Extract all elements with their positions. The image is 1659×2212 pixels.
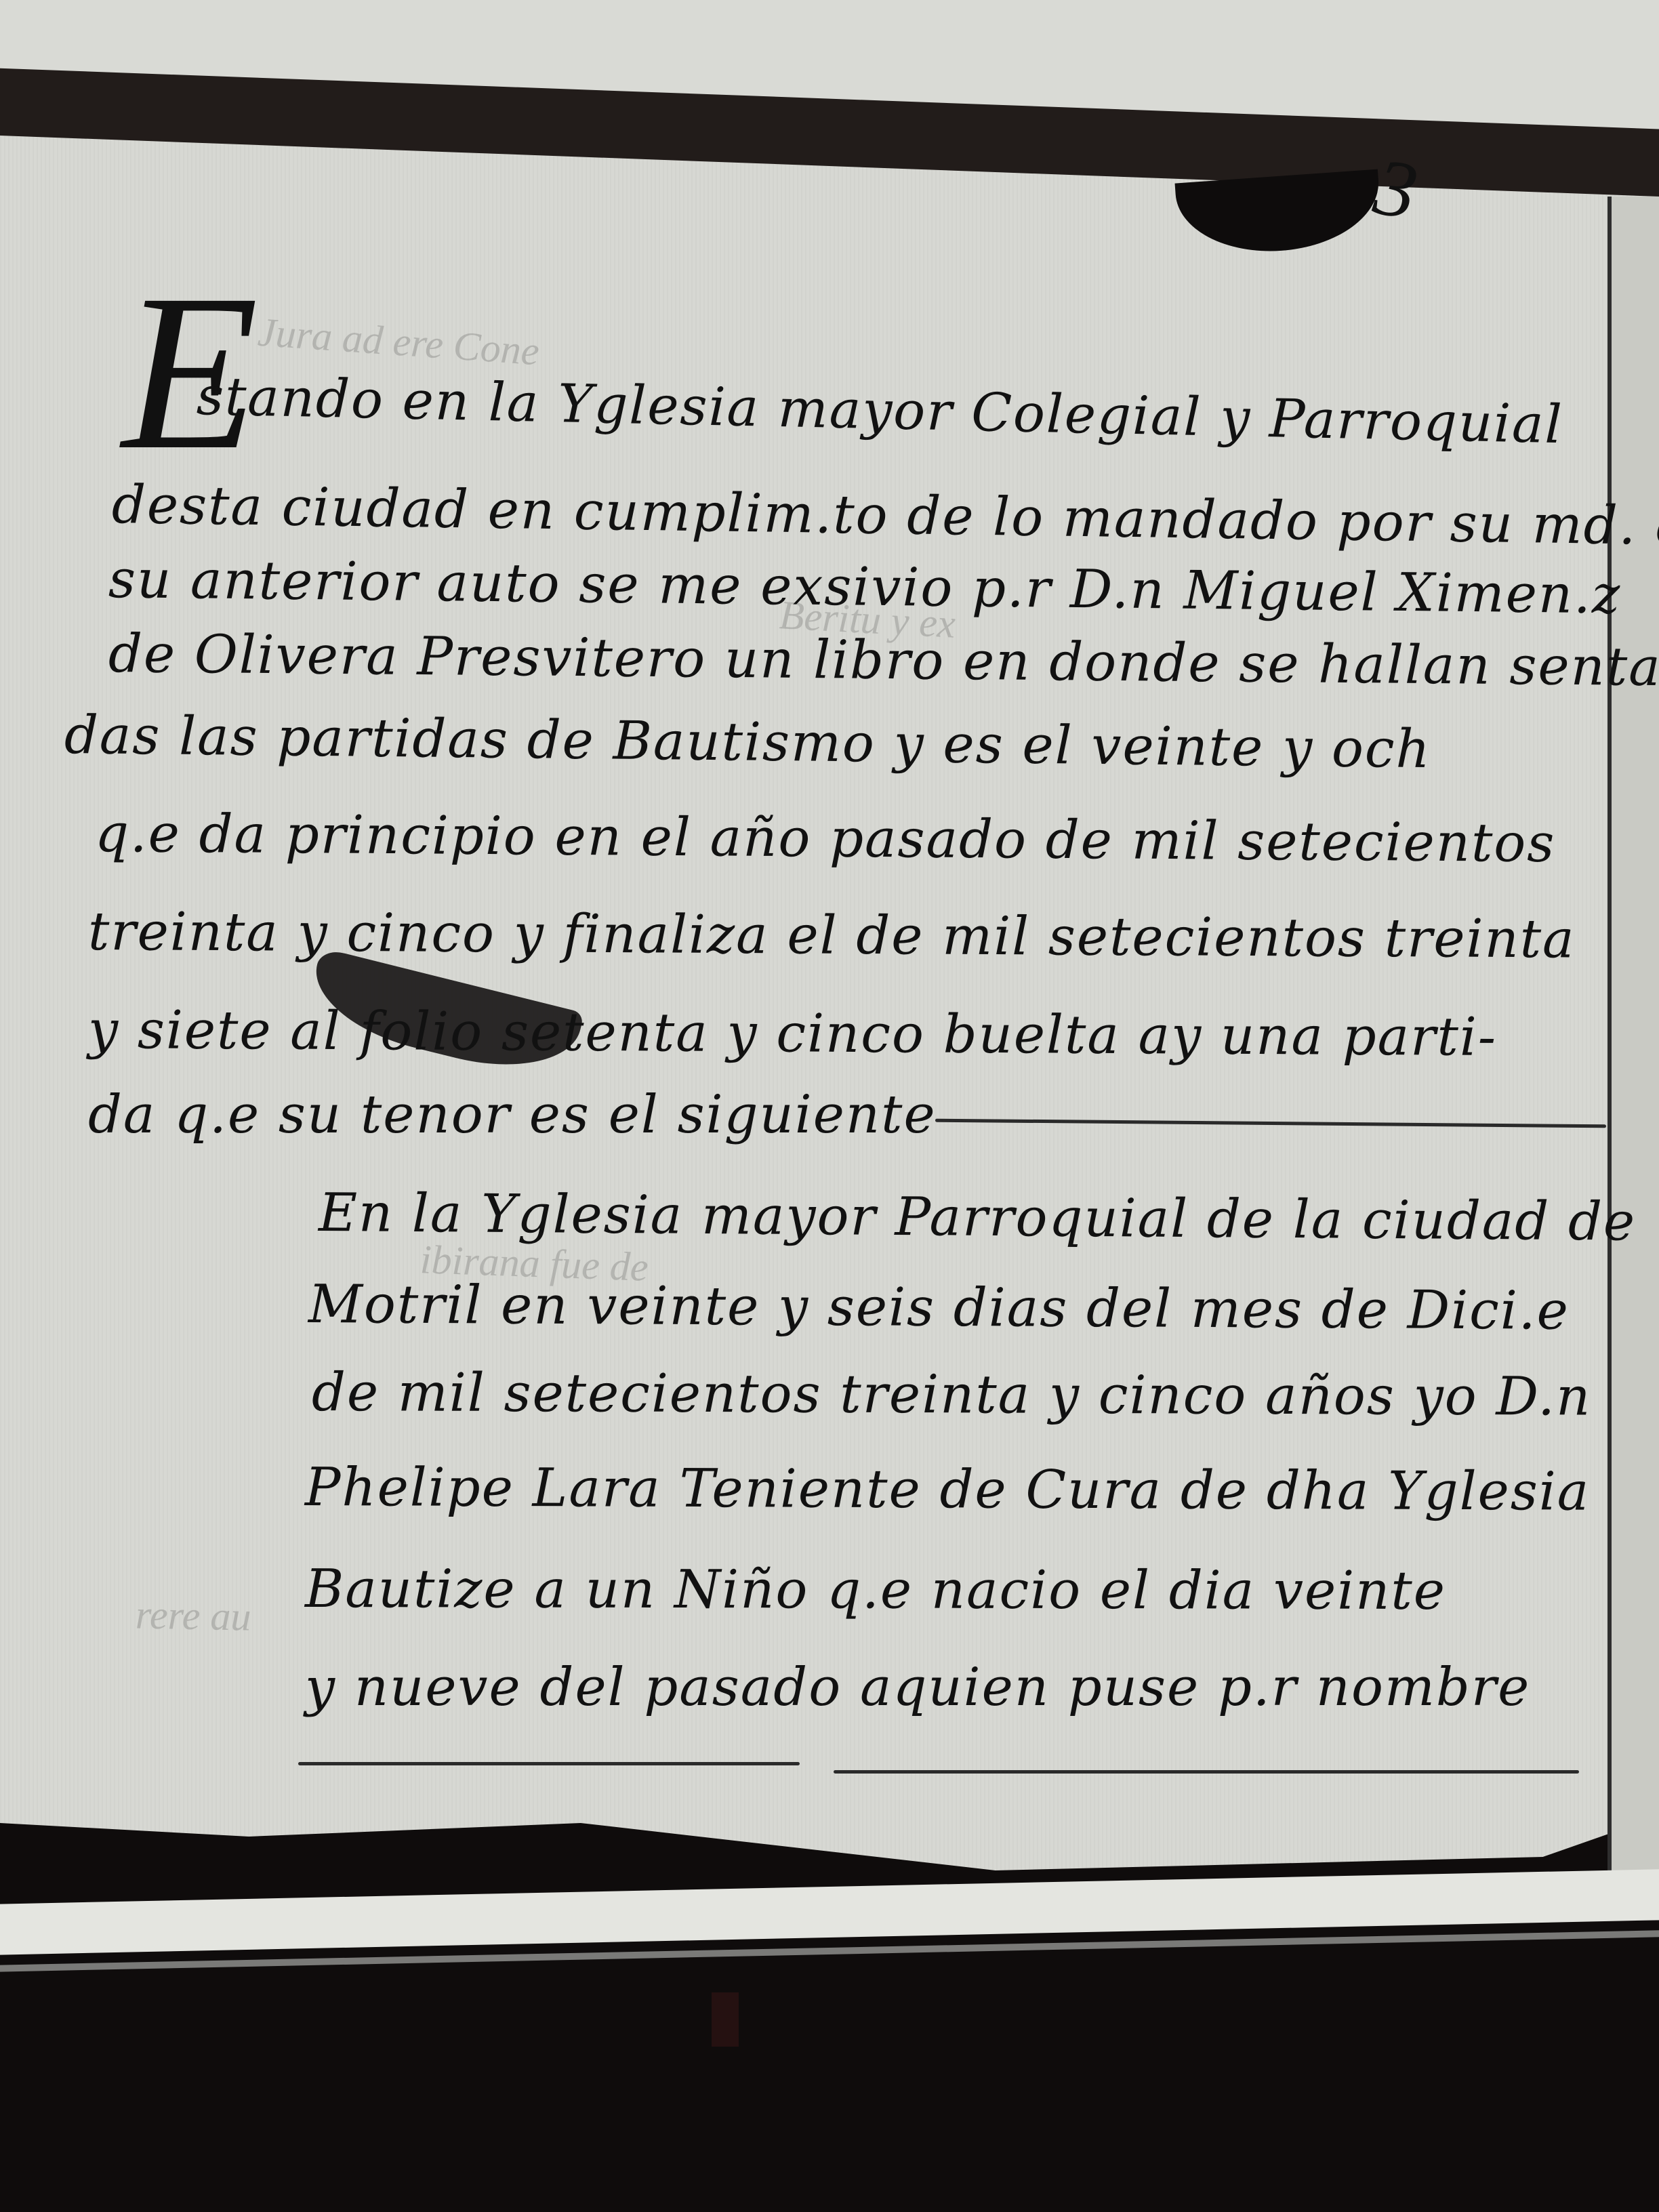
manuscript-line: Motril en veinte y seis dias del mes de …: [308, 1274, 1570, 1342]
manuscript-line: y nueve del pasado aquien puse p.r nombr…: [305, 1657, 1530, 1718]
page-right-border: [1607, 197, 1612, 1877]
page-right-margin: [1612, 197, 1659, 1877]
manuscript-line: En la Yglesia mayor Parroquial de la ciu…: [319, 1183, 1637, 1253]
manuscript-line: da q.e su tenor es el siguiente: [88, 1084, 937, 1145]
manuscript-line: de mil setecientos treinta y cinco años …: [312, 1362, 1592, 1428]
manuscript-line: Phelipe Lara Teniente de Cura de dha Ygl…: [305, 1457, 1591, 1523]
manuscript-line: q.e da principio en el año pasado de mil…: [95, 803, 1556, 874]
entry-underline: [834, 1770, 1579, 1774]
manuscript-line: y siete al folio setenta y cinco buelta …: [88, 1000, 1498, 1068]
screen-reflection: [712, 1992, 739, 2047]
entry-underline: [298, 1762, 800, 1765]
manuscript-line: Bautize a un Niño q.e nacio el dia veint…: [305, 1559, 1446, 1622]
manuscript-line: treinta y cinco y finaliza el de mil set…: [88, 901, 1576, 970]
